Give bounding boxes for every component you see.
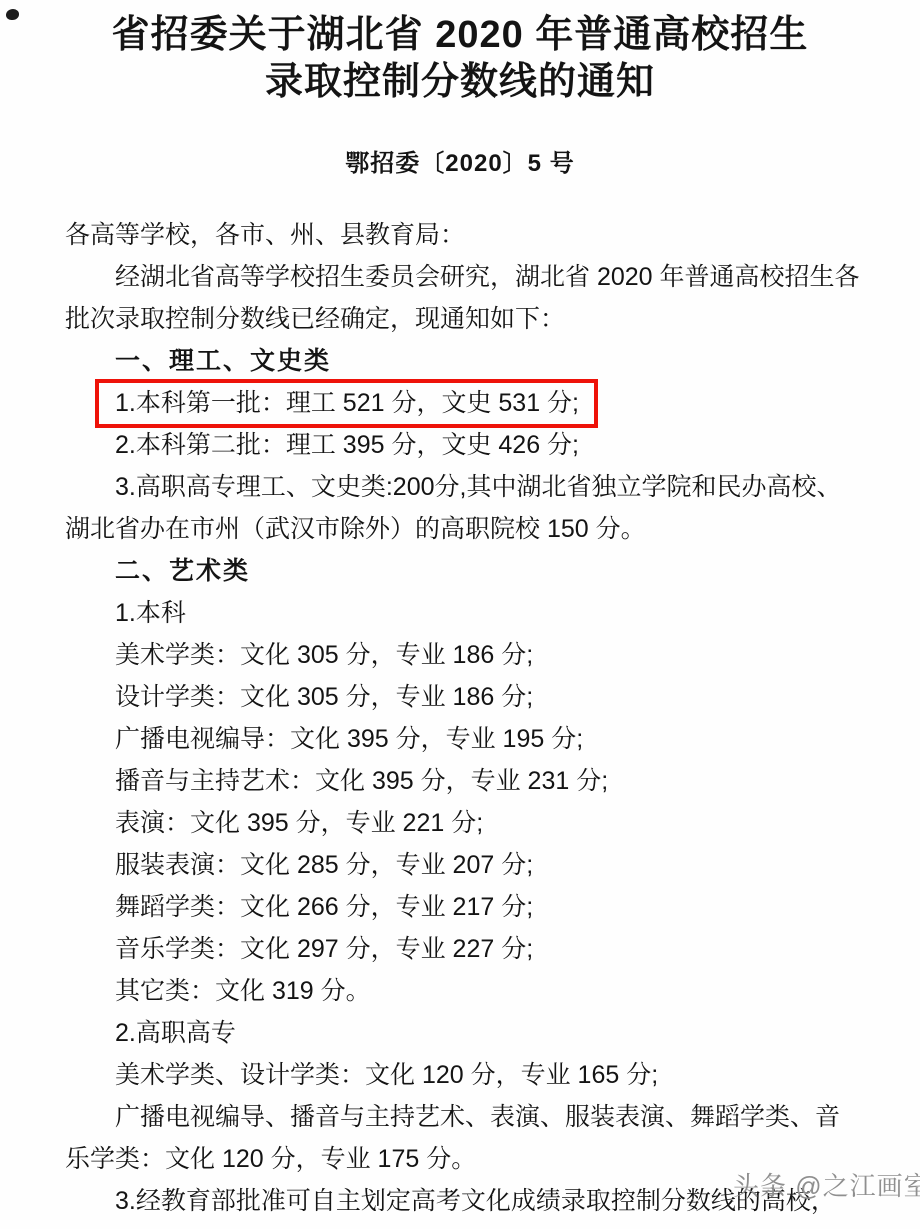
document-line-text: 服装表演：文化 285 分，专业 207 分;	[115, 851, 533, 879]
document-title-line2: 录取控制分数线的通知	[30, 59, 890, 106]
document-body: 各高等学校，各市、州、县教育局： 经湖北省高等学校招生委员会研究，湖北省 202…	[65, 214, 890, 1222]
document-line-text: 表演：文化 395 分，专业 221 分;	[115, 809, 483, 837]
scan-artifact-speck	[6, 9, 19, 20]
document-line: 播音与主持艺术：文化 395 分，专业 231 分;	[65, 760, 890, 802]
document-line-text: 美术学类、设计学类：文化 120 分，专业 165 分;	[115, 1061, 658, 1089]
document-line: 音乐学类：文化 297 分，专业 227 分;	[65, 928, 890, 970]
document-line-text: 其它类：文化 319 分。	[115, 977, 371, 1005]
document-line: 美术学类、设计学类：文化 120 分，专业 165 分;	[65, 1054, 890, 1096]
document-line: 2.高职高专	[65, 1012, 890, 1054]
document-line-text: 二、艺术类	[115, 557, 250, 585]
document-page: 省招委关于湖北省 2020 年普通高校招生 录取控制分数线的通知 鄂招委〔202…	[0, 0, 920, 1229]
document-line-text: 美术学类：文化 305 分，专业 186 分;	[115, 641, 533, 669]
document-line-text: 各高等学校，各市、州、县教育局：	[65, 221, 465, 249]
document-line: 2.本科第二批：理工 395 分，文史 426 分;	[65, 424, 890, 466]
document-line: 服装表演：文化 285 分，专业 207 分;	[65, 844, 890, 886]
document-line-text: 音乐学类：文化 297 分，专业 227 分;	[115, 935, 533, 963]
document-line: 1.本科第一批：理工 521 分，文史 531 分;	[65, 382, 890, 424]
document-line: 湖北省办在市州（武汉市除外）的高职院校 150 分。	[65, 508, 890, 550]
document-line-text: 2.本科第二批：理工 395 分，文史 426 分;	[115, 431, 579, 459]
document-line: 经湖北省高等学校招生委员会研究，湖北省 2020 年普通高校招生各	[65, 256, 890, 298]
document-line-text: 湖北省办在市州（武汉市除外）的高职院校 150 分。	[65, 515, 646, 543]
document-line: 舞蹈学类：文化 266 分，专业 217 分;	[65, 886, 890, 928]
document-line: 广播电视编导：文化 395 分，专业 195 分;	[65, 718, 890, 760]
document-line: 表演：文化 395 分，专业 221 分;	[65, 802, 890, 844]
document-line: 各高等学校，各市、州、县教育局：	[65, 214, 890, 256]
document-line-text: 舞蹈学类：文化 266 分，专业 217 分;	[115, 893, 533, 921]
document-number: 鄂招委〔2020〕5 号	[0, 150, 920, 178]
document-title-line1: 省招委关于湖北省 2020 年普通高校招生	[30, 12, 890, 59]
document-line: 其它类：文化 319 分。	[65, 970, 890, 1012]
document-line-text: 1.本科	[115, 599, 186, 627]
document-line-text: 广播电视编导、播音与主持艺术、表演、服装表演、舞蹈学类、音	[115, 1103, 840, 1131]
highlighted-line-text: 1.本科第一批：理工 521 分，文史 531 分;	[95, 379, 598, 428]
document-line-text: 一、理工、文史类	[115, 347, 331, 375]
document-line: 二、艺术类	[65, 550, 890, 592]
document-line: 一、理工、文史类	[65, 340, 890, 382]
document-line-text: 播音与主持艺术：文化 395 分，专业 231 分;	[115, 767, 608, 795]
document-line: 1.本科	[65, 592, 890, 634]
document-line: 美术学类：文化 305 分，专业 186 分;	[65, 634, 890, 676]
document-line-text: 设计学类：文化 305 分，专业 186 分;	[115, 683, 533, 711]
document-line-text: 批次录取控制分数线已经确定，现通知如下：	[65, 305, 565, 333]
document-line-text: 3.高职高专理工、文史类:200分,其中湖北省独立学院和民办高校、	[115, 473, 841, 501]
watermark: 头条 @之江画室	[733, 1171, 920, 1201]
document-line-text: 广播电视编导：文化 395 分，专业 195 分;	[115, 725, 583, 753]
document-line: 设计学类：文化 305 分，专业 186 分;	[65, 676, 890, 718]
document-line-text: 乐学类：文化 120 分，专业 175 分。	[65, 1145, 476, 1173]
document-line-text: 3.经教育部批准可自主划定高考文化成绩录取控制分数线的高校，	[115, 1187, 836, 1215]
document-line-text: 经湖北省高等学校招生委员会研究，湖北省 2020 年普通高校招生各	[115, 263, 860, 291]
document-line: 广播电视编导、播音与主持艺术、表演、服装表演、舞蹈学类、音	[65, 1096, 890, 1138]
document-line-text: 2.高职高专	[115, 1019, 236, 1047]
document-title: 省招委关于湖北省 2020 年普通高校招生 录取控制分数线的通知	[30, 12, 890, 106]
document-line: 批次录取控制分数线已经确定，现通知如下：	[65, 298, 890, 340]
document-line: 3.高职高专理工、文史类:200分,其中湖北省独立学院和民办高校、	[65, 466, 890, 508]
